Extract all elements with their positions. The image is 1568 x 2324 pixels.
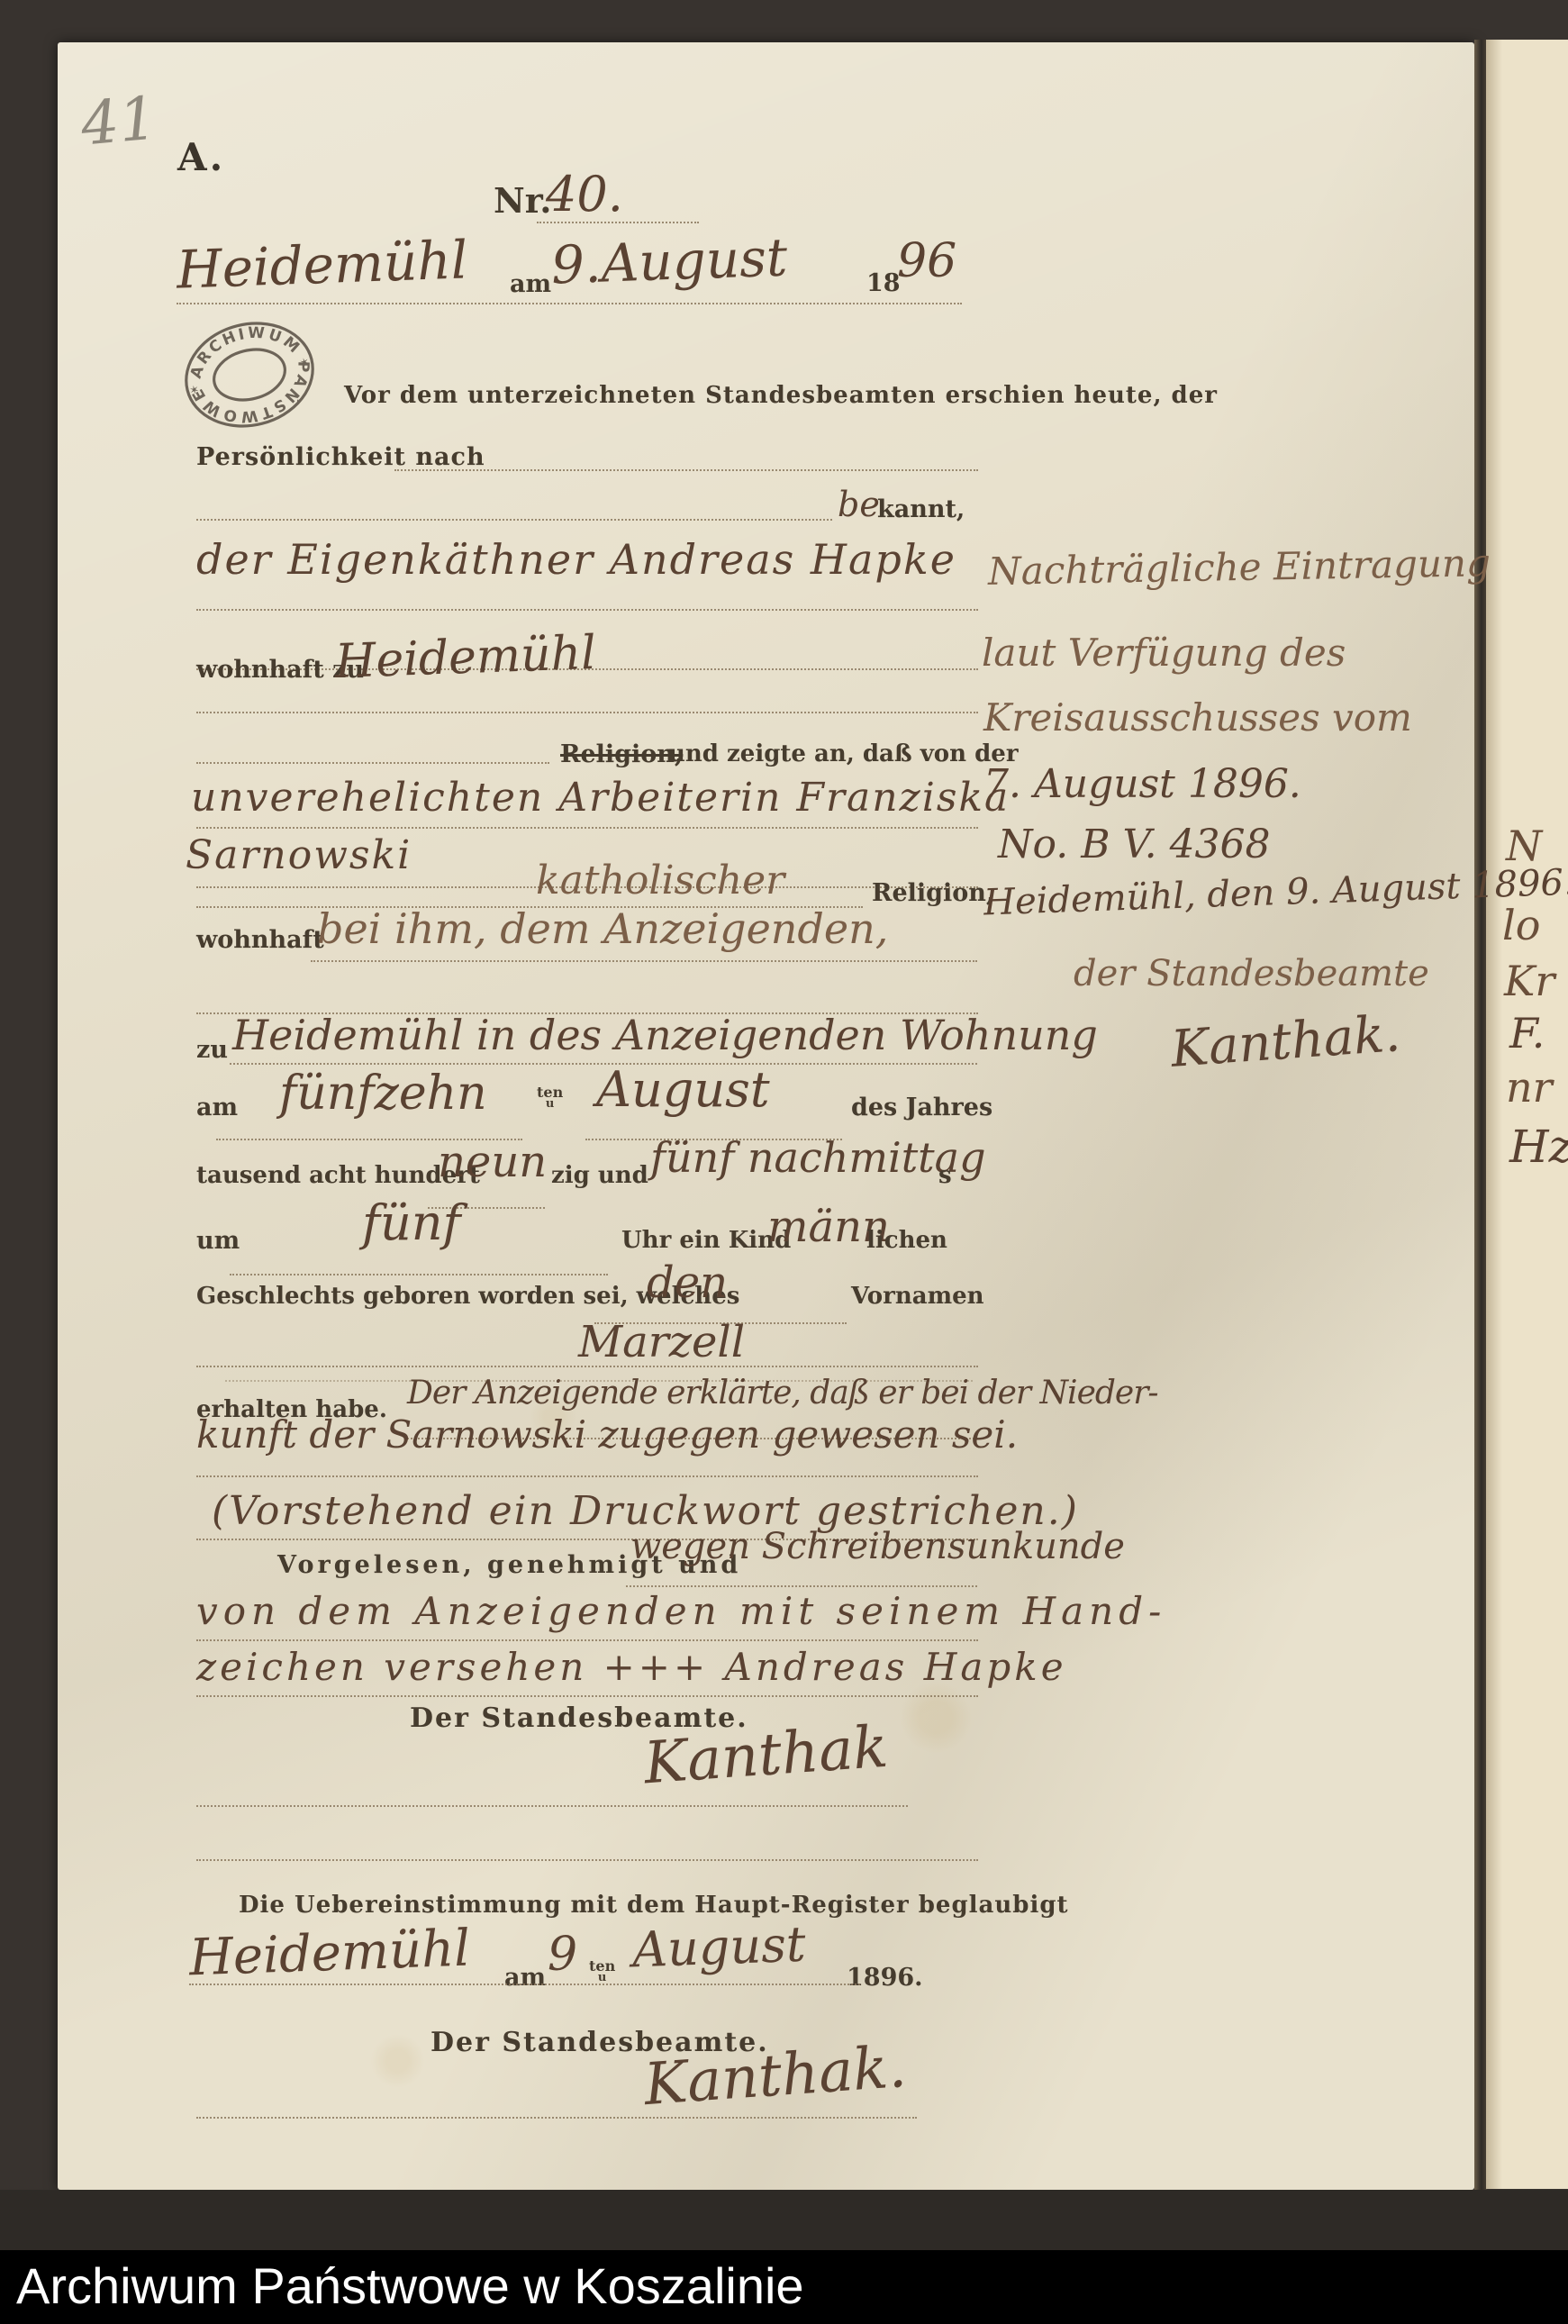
ruled-line — [196, 2117, 917, 2119]
des-jahres-label: des Jahres — [851, 1094, 992, 1121]
closing-handwritten-2: von dem Anzeigenden mit seinem Hand- — [196, 1589, 1166, 1633]
certification-day: 9 — [548, 1928, 577, 1982]
remark-line2: kunft der Sarnowski zugegen gewesen sei. — [196, 1412, 1018, 1457]
stamp-star-icon: ✶ — [298, 356, 311, 371]
am-label-2: am — [196, 1094, 238, 1121]
record-place: Heidemühl — [176, 229, 468, 300]
record-date: 9.August — [550, 226, 788, 295]
remark-line1: Der Anzeigende erklärte, daß er bei der … — [407, 1375, 1158, 1412]
ruled-line — [311, 960, 977, 962]
year-units-and-daytime: fünf nachmittag — [650, 1133, 986, 1182]
record-number-label: Nr. — [494, 180, 552, 221]
certification-ten-suffix: tenu — [589, 1960, 615, 1983]
next-page-fragment: N — [1506, 822, 1542, 870]
next-page-fragment: nr — [1506, 1063, 1553, 1112]
next-page-fragment: Kr — [1504, 957, 1554, 1005]
next-page-fragment: F. — [1509, 1009, 1545, 1058]
am-label: am — [510, 270, 551, 298]
ruled-line — [196, 1639, 978, 1641]
scanned-register-page: 41 A. Nr. 40. Heidemühl am 9.August 18 9… — [0, 0, 1568, 2324]
book-gutter — [1474, 40, 1487, 2191]
archive-watermark-text: Archiwum Państwowe w Koszalinie — [16, 2256, 804, 2315]
closing-handwritten-3: zeichen versehen +++ Andreas Hapke — [196, 1645, 1067, 1689]
margin-note-line2: laut Verfügung des — [982, 631, 1346, 675]
ruled-line — [537, 222, 699, 223]
margin-note-line4: 7. August 1896. — [983, 761, 1301, 807]
margin-note-line1: Nachträgliche Eintragung — [988, 540, 1491, 594]
zeigte-an-line: und zeigte an, daß von der — [668, 740, 1019, 767]
ruled-line — [196, 1475, 978, 1477]
certification-month: August — [631, 1916, 807, 1979]
margin-note-line3: Kreisausschusses vom — [983, 695, 1412, 740]
next-page-fragment: lo — [1502, 901, 1540, 949]
um-label: um — [196, 1227, 240, 1255]
religion-struck-word: Religion, — [560, 740, 683, 768]
ten-suffix: tenu — [537, 1086, 563, 1109]
vornamen-label: Vornamen — [851, 1283, 984, 1310]
lichen-suffix-label: lichen — [866, 1227, 947, 1254]
watermark-bar: Archiwum Państwowe w Koszalinie — [0, 2250, 1568, 2324]
ruled-line — [196, 827, 978, 829]
ruled-line — [196, 1859, 978, 1861]
den-handwritten: den — [647, 1257, 728, 1308]
child-name: Marzell — [578, 1317, 745, 1367]
uhr-ein-kind-label: Uhr ein Kind — [621, 1227, 791, 1254]
be-handwritten: be — [838, 485, 880, 524]
kannt-label: kannt, — [877, 495, 965, 523]
religion-label: Religion, — [872, 879, 994, 907]
next-page-fragment: Hz — [1509, 1121, 1568, 1173]
wohnhaft-label: wohnhaft — [196, 926, 324, 954]
closing-handwritten-1: wegen Schreibensunkunde — [630, 1526, 1125, 1567]
ruled-line — [394, 469, 978, 471]
mother-line1: unverehelichten Arbeiterin Franziska — [191, 775, 1010, 821]
ruled-line — [196, 1805, 908, 1807]
pencil-page-number: 41 — [78, 83, 159, 159]
margin-note-official: der Standesbeamte — [1074, 953, 1429, 994]
birth-month: August — [596, 1061, 770, 1118]
form-intro-line: Vor dem unterzeichneten Standesbeamten e… — [344, 382, 1218, 409]
ruled-line — [196, 762, 549, 764]
certification-am-label: am — [504, 1964, 546, 1992]
year-century-printed: 18 — [866, 269, 901, 297]
s-suffix-label: s — [938, 1162, 952, 1189]
zig-und-label: zig und — [551, 1162, 648, 1189]
birth-day: fünfzehn — [279, 1067, 487, 1121]
year-tens-value: neun — [438, 1137, 547, 1187]
section-letter: A. — [177, 135, 225, 179]
mother-line2: Sarnowski — [186, 832, 412, 878]
ruled-line — [230, 1274, 608, 1275]
certification-place: Heidemühl — [188, 1920, 471, 1988]
year-handwritten: 96 — [897, 234, 956, 288]
ruled-line — [196, 1366, 978, 1367]
birth-hour: fünf — [362, 1194, 461, 1251]
ruled-line — [196, 1695, 978, 1697]
margin-note-line5: No. B V. 4368 — [998, 822, 1271, 867]
background-strip — [0, 2190, 1568, 2252]
certification-year: 1896. — [847, 1964, 923, 1992]
ruled-line — [626, 1585, 977, 1587]
ruled-line — [177, 303, 962, 304]
mother-religion-value: katholischer — [536, 858, 784, 903]
ruled-line — [189, 1984, 860, 1985]
mother-residence: bei ihm, dem Anzeigenden, — [317, 904, 888, 953]
ruled-line — [196, 712, 978, 713]
ruled-line — [196, 519, 832, 521]
persoenlichkeit-label: Persönlichkeit nach — [196, 443, 485, 471]
certification-line: Die Uebereinstimmung mit dem Haupt-Regis… — [239, 1892, 1069, 1919]
ruled-line — [196, 609, 978, 611]
zu-label: zu — [196, 1036, 228, 1064]
birth-place-line: Heidemühl in des Anzeigenden Wohnung — [232, 1011, 1098, 1059]
declarant-name-line: der Eigenkäthner Andreas Hapke — [196, 535, 956, 584]
stamp-star-icon: ✶ — [188, 383, 201, 398]
record-number-value: 40. — [546, 166, 623, 222]
register-right-page-edge — [1486, 40, 1568, 2189]
declarant-residence: Heidemühl — [334, 626, 597, 689]
